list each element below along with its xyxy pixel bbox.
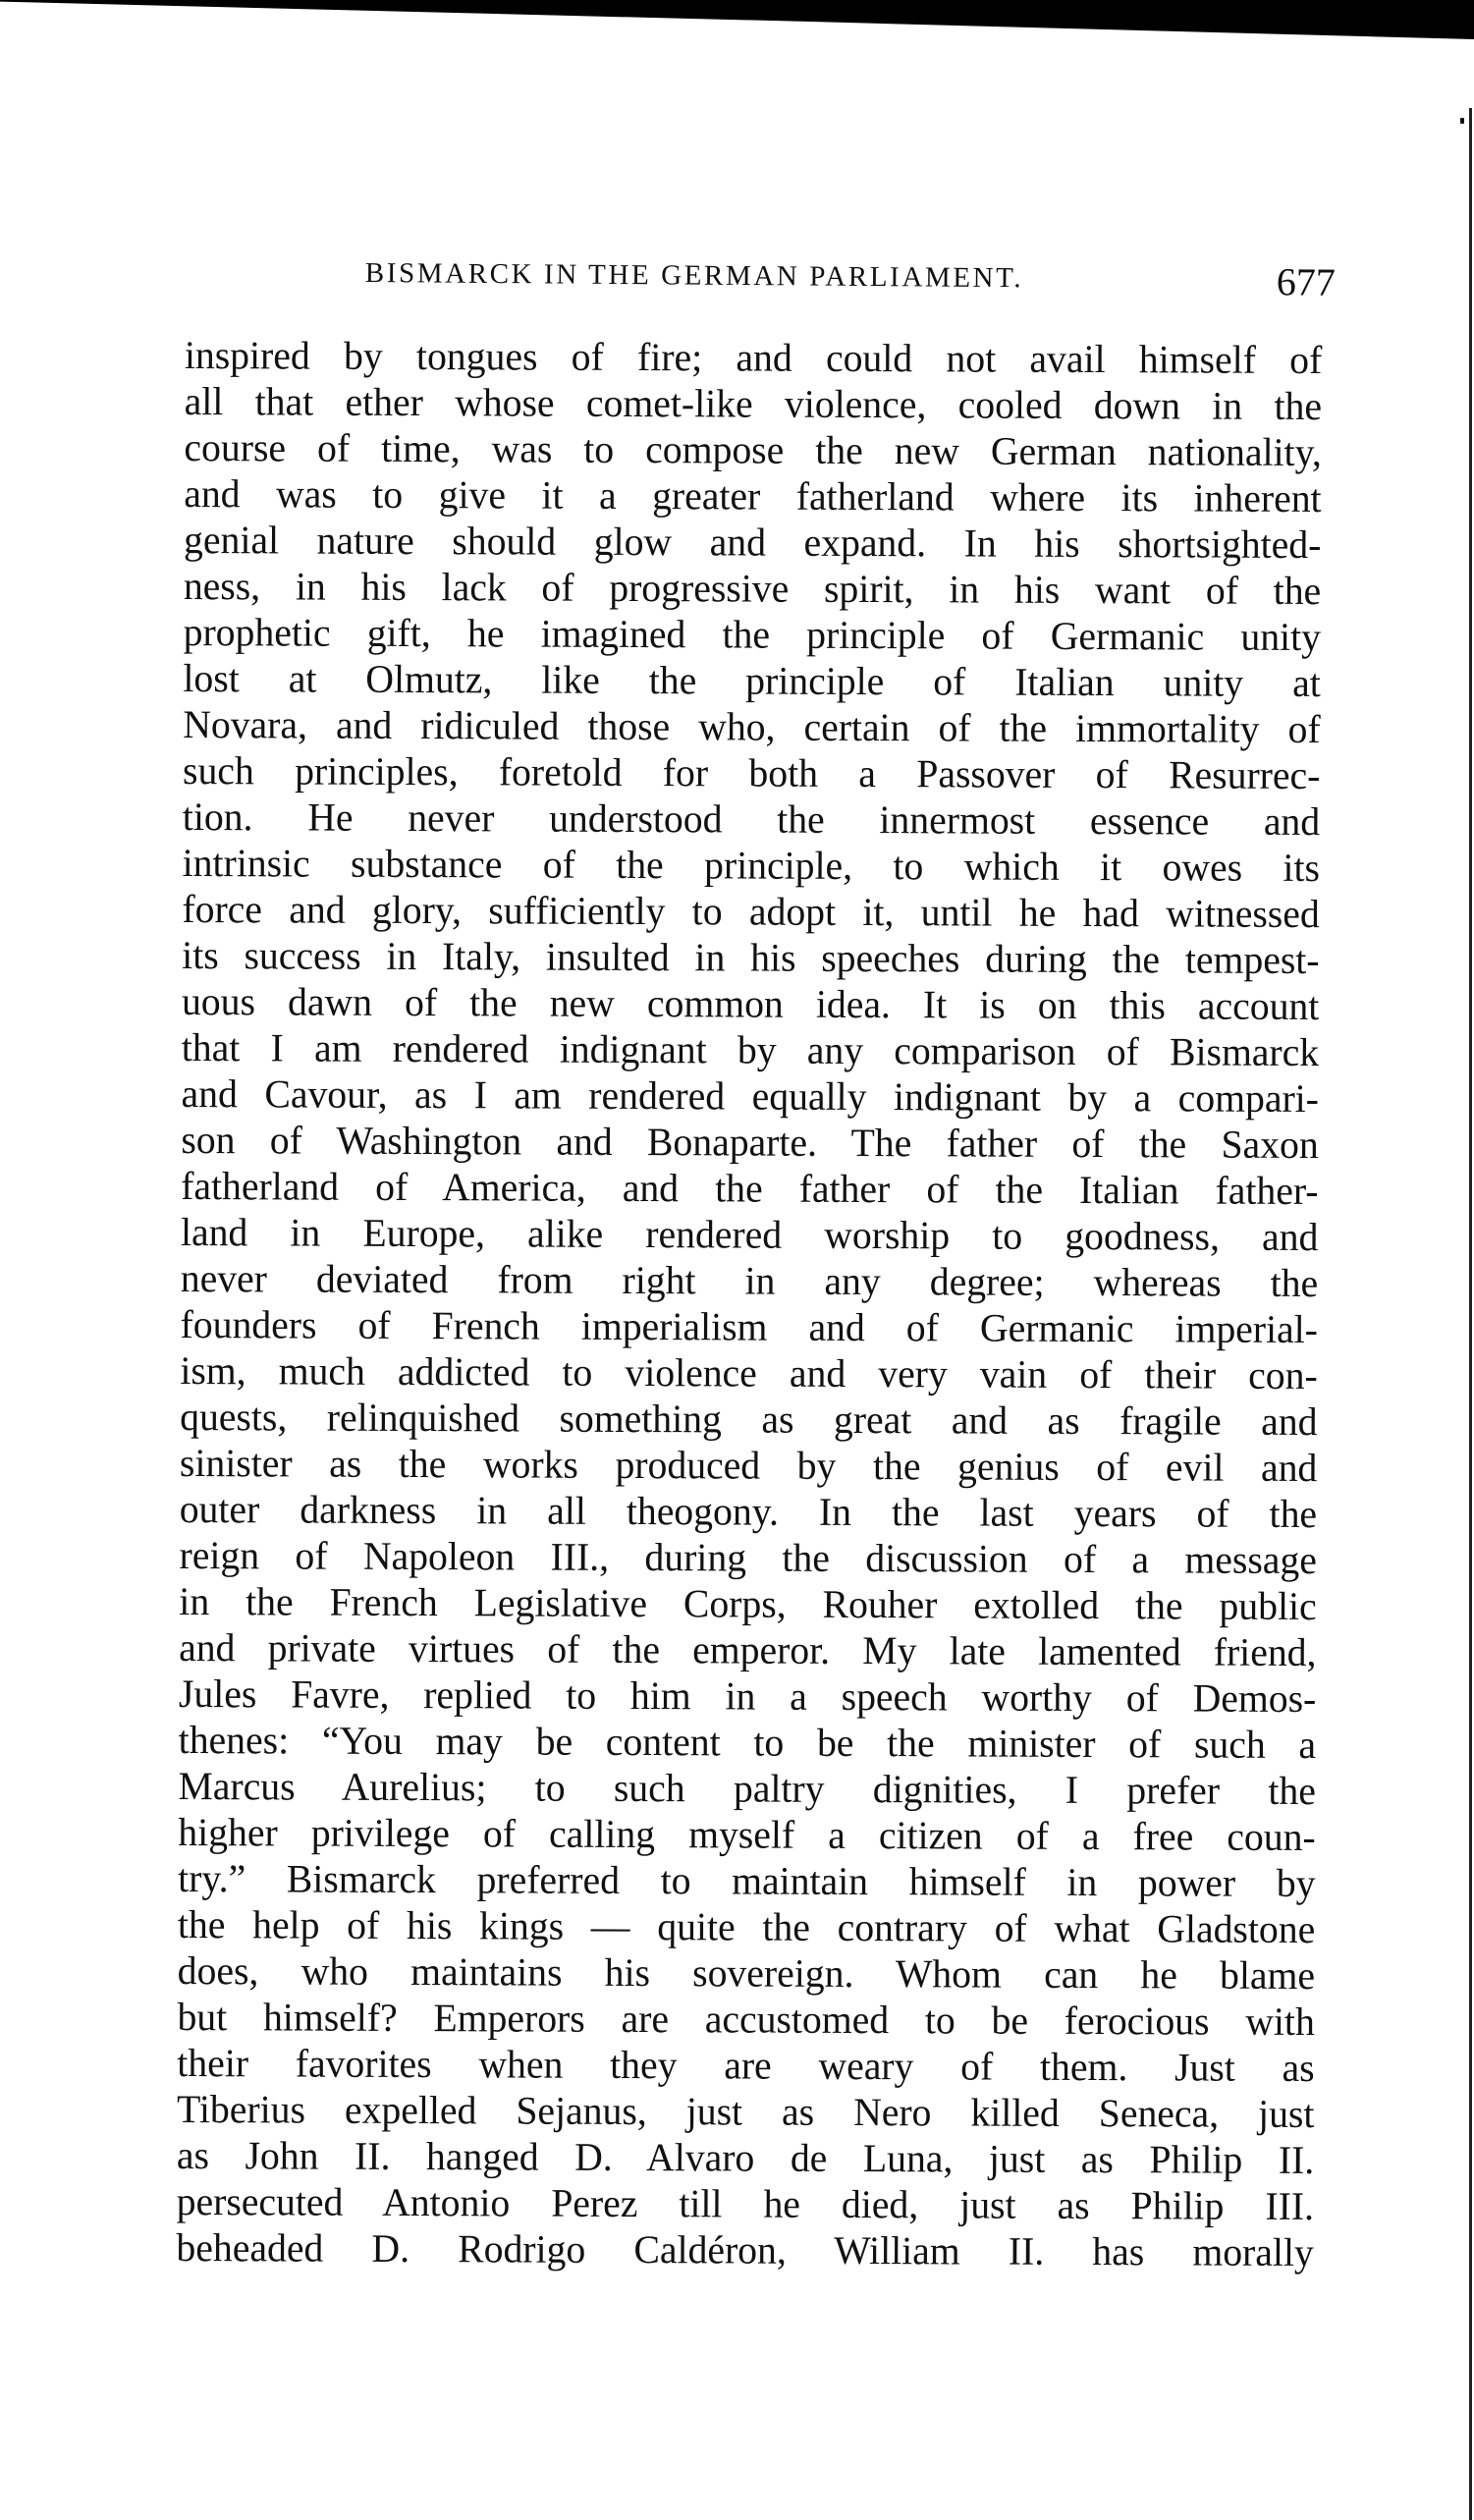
body-text: inspired by tongues of fire; and could n… [176,332,1345,2275]
text-line: quests, relinquished something as great … [180,1394,1318,1445]
text-line: tion. He never understood the innermost … [183,794,1321,845]
text-line: higher privilege of calling myself a cit… [178,1809,1316,1860]
text-line: in the French Legislative Corps, Rouher … [179,1578,1317,1629]
text-line: but himself? Emperors are accustomed to … [177,1994,1315,2045]
text-line: such principles, foretold for both a Pas… [183,747,1321,798]
text-line: course of time, was to compose the new G… [184,424,1322,475]
text-line: inspired by tongues of fire; and could n… [185,332,1323,383]
text-line: as John II. hanged D. Alvaro de Luna, ju… [177,2132,1315,2183]
text-line: and private virtues of the emperor. My l… [179,1624,1317,1675]
running-head: Bismarck in the German Parliament. 677 [365,257,1352,304]
text-line: uous dawn of the new common idea. It is … [182,978,1320,1029]
text-line: never deviated from right in any degree;… [181,1255,1319,1306]
text-line: Marcus Aurelius; to such paltry dignitie… [178,1763,1316,1814]
text-line: founders of French imperialism and of Ge… [180,1301,1318,1352]
text-line: Novara, and ridiculed those who, certain… [183,701,1321,752]
text-line: persecuted Antonio Perez till he died, j… [177,2178,1315,2229]
text-line: all that ether whose comet-like violence… [185,378,1323,429]
running-head-title: Bismarck in the German Parliament. [365,257,1024,295]
scan-edge-shadow [0,0,1474,39]
text-line: force and glory, sufficiently to adopt i… [182,886,1320,937]
text-line: prophetic gift, he imagined the principl… [184,609,1322,660]
text-line: ism, much addicted to violence and very … [180,1347,1318,1398]
text-line: sinister as the works produced by the ge… [180,1440,1318,1491]
text-line: lost at Olmutz, like the principle of It… [183,655,1321,706]
text-line: Tiberius expelled Sejanus, just as Nero … [177,2086,1315,2137]
text-line: ness, in his lack of progressive spirit,… [184,563,1322,614]
text-line: genial nature should glow and expand. In… [184,517,1322,568]
text-line: Jules Favre, replied to him in a speech … [179,1671,1317,1722]
text-line: outer darkness in all theogony. In the l… [180,1486,1318,1537]
text-line: intrinsic substance of the principle, to… [183,840,1321,891]
page-number: 677 [1277,258,1336,304]
scan-page-edge [1469,108,1472,2520]
text-line: thenes: “You may be content to be the mi… [179,1717,1317,1768]
text-line: its success in Italy, insulted in his sp… [182,932,1320,983]
text-line: does, who maintains his sovereign. Whom … [178,1947,1316,1999]
text-line: the help of his kings — quite the contra… [178,1901,1316,1952]
text-line: that I am rendered indignant by any comp… [182,1024,1320,1075]
text-line: reign of Napoleon III., during the discu… [179,1532,1317,1583]
text-line: and was to give it a greater fatherland … [184,470,1322,521]
text-line: beheaded D. Rodrigo Caldéron, William II… [176,2224,1314,2275]
text-line: son of Washington and Bonaparte. The fat… [181,1117,1319,1168]
text-line: and Cavour, as I am rendered equally ind… [182,1070,1320,1122]
text-line: land in Europe, alike rendered worship t… [181,1209,1319,1260]
text-line: try.” Bismarck preferred to maintain him… [178,1855,1316,1906]
text-line: their favorites when they are weary of t… [177,2040,1315,2091]
scan-speck [1460,118,1464,124]
text-line: fatherland of America, and the father of… [181,1163,1319,1214]
